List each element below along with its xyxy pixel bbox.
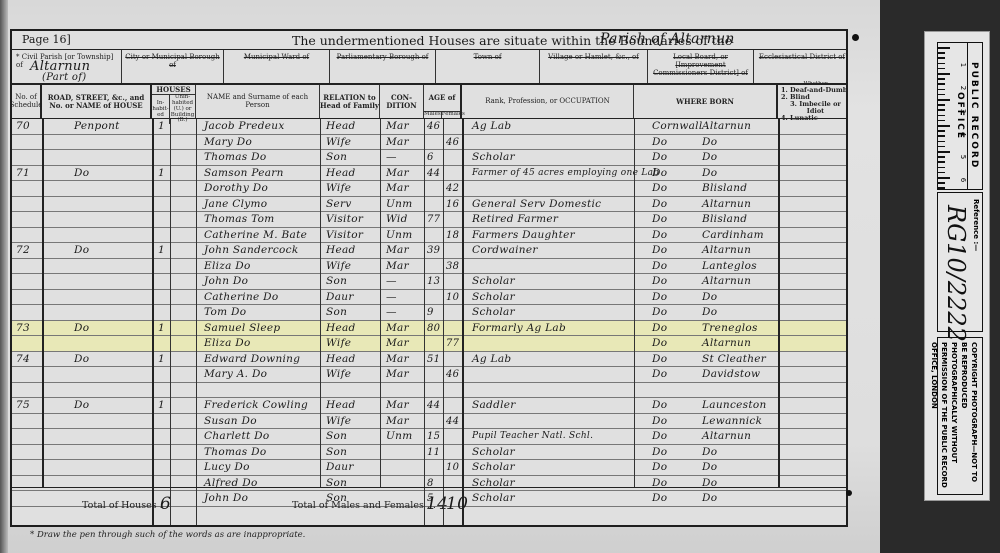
female-age: 38 xyxy=(446,259,459,274)
col-name-header: NAME and Surname of each Person xyxy=(196,85,320,118)
census-row: Jane ClymoServUnm16General Serv Domestic… xyxy=(12,197,846,213)
birth-county: Do xyxy=(652,460,667,475)
inhabited-count: 1 xyxy=(158,166,165,181)
person-name: Eliza Do xyxy=(204,259,251,274)
totals-row: Total of Houses . . 6 Total of Males and… xyxy=(12,487,846,525)
ruler-tick xyxy=(938,109,945,111)
birth-place: Lanteglos xyxy=(702,259,757,274)
ruler-mark: 6 xyxy=(959,178,967,182)
total-houses-label: Total of Houses . . xyxy=(82,500,169,511)
grid-line xyxy=(152,488,154,525)
marital-condition: Mar xyxy=(386,367,409,382)
grid-line xyxy=(462,488,464,525)
census-row: 72Do1John SandercockHeadMar39CordwainerD… xyxy=(12,243,846,259)
male-age: 39 xyxy=(427,243,440,258)
relation-to-head: Wife xyxy=(326,259,351,274)
person-name: Samson Pearn xyxy=(204,166,284,181)
male-age: 46 xyxy=(427,119,440,134)
birth-county: Do xyxy=(652,305,667,320)
occupation: Ag Lab xyxy=(472,119,511,134)
relation-to-head: Wife xyxy=(326,414,351,429)
total-females-value: 10 xyxy=(446,494,468,514)
birth-county: Do xyxy=(652,166,667,181)
female-age: 46 xyxy=(446,135,459,150)
census-row: Eliza DoWifeMar77DoAltarnun xyxy=(12,336,846,352)
ruler-tick xyxy=(938,52,945,54)
census-row: 71Do1Samson PearnHeadMar44Farmer of 45 a… xyxy=(12,166,846,182)
census-row: Catherine DoDaur—10ScholarDoDo xyxy=(12,290,846,306)
col-condition-header: CON-DITION xyxy=(380,85,424,118)
person-name: Mary Do xyxy=(204,135,252,150)
occupation: Scholar xyxy=(472,290,515,305)
census-row: Susan DoWifeMar44DoLewannick xyxy=(12,414,846,430)
person-name: Charlett Do xyxy=(204,429,269,444)
grid-line xyxy=(170,119,171,487)
male-age: 11 xyxy=(427,445,440,460)
census-row: Mary DoWifeMar46DoDo xyxy=(12,135,846,151)
birth-county: Do xyxy=(652,150,667,165)
marital-condition: Mar xyxy=(386,352,409,367)
person-name: Catherine M. Bate xyxy=(204,228,307,243)
ruler-tick xyxy=(938,115,945,117)
form-title-row: Page 16] The undermentioned Houses are s… xyxy=(12,31,846,50)
grid-line xyxy=(443,488,444,525)
grid-line xyxy=(152,119,154,487)
birth-place: Blisland xyxy=(702,212,747,227)
grid-line xyxy=(42,119,44,487)
total-persons-label: Total of Males and Females . . xyxy=(292,500,436,511)
birth-county: Do xyxy=(652,336,667,351)
male-age: 44 xyxy=(427,166,440,181)
grid-line xyxy=(778,119,780,487)
relation-to-head: Son xyxy=(326,445,347,460)
birth-place: Davidstow xyxy=(702,367,760,382)
female-age: 16 xyxy=(446,197,459,212)
col-road-header: ROAD, STREET, &c., and No. or NAME of HO… xyxy=(42,85,152,118)
ruler-tick xyxy=(938,125,950,127)
marital-condition: Unm xyxy=(386,429,412,444)
grid-line xyxy=(424,488,425,525)
binding-hole xyxy=(846,490,852,496)
occupation: Farmer of 45 acres employing one Lab xyxy=(472,166,659,181)
census-row: Catherine M. BateVisitorUnm18Farmers Dau… xyxy=(12,228,846,244)
relation-to-head: Head xyxy=(326,243,356,258)
jurisdiction-row: * Civil Parish [or Township] of Altarnun… xyxy=(12,50,846,85)
col-age-label: AGE of xyxy=(429,85,456,111)
schedule-number: 71 xyxy=(16,166,30,181)
male-age: 15 xyxy=(427,429,440,444)
relation-to-head: Daur xyxy=(326,460,354,475)
ruler-tick xyxy=(938,151,950,153)
ruler-tick xyxy=(938,99,950,101)
infirmity-imbecile: 3. Imbecile or Idiot xyxy=(781,101,850,115)
census-row: Mary A. DoWifeMar46DoDavidstow xyxy=(12,367,846,383)
reference-box: Reference :— RG10/2222 xyxy=(937,192,983,332)
grid-line xyxy=(196,119,197,487)
birth-place: Do xyxy=(702,460,717,475)
road-or-house-name: Do xyxy=(74,321,89,336)
col-relation-header: RELATION to Head of Family xyxy=(320,85,380,118)
footnote: * Draw the pen through such of the words… xyxy=(30,530,305,540)
ruler-tick xyxy=(938,120,945,122)
ruler-tick xyxy=(938,141,945,143)
marital-condition: Wid xyxy=(386,212,408,227)
female-age: 46 xyxy=(446,367,459,382)
col-occupation-header: Rank, Profession, or OCCUPATION xyxy=(462,85,634,118)
occupation: Farmers Daughter xyxy=(472,228,575,243)
birth-county: Do xyxy=(652,212,667,227)
marital-condition: — xyxy=(386,290,397,305)
relation-to-head: Head xyxy=(326,321,356,336)
person-name: Mary A. Do xyxy=(204,367,267,382)
relation-to-head: Daur xyxy=(326,290,354,305)
occupation: General Serv Domestic xyxy=(472,197,601,212)
relation-to-head: Visitor xyxy=(326,212,363,227)
ecclesiastical-district-cell: Ecclesiastical District of xyxy=(754,50,850,83)
marital-condition: Mar xyxy=(386,181,409,196)
birth-place: Lewannick xyxy=(702,414,762,429)
birth-county: Do xyxy=(652,429,667,444)
census-page: Page 16] The undermentioned Houses are s… xyxy=(0,0,880,553)
grid-line xyxy=(196,488,197,525)
ruler-tick xyxy=(938,63,945,65)
census-row: 75Do1Frederick CowlingHeadMar44SaddlerDo… xyxy=(12,398,846,414)
copyright-notice: COPYRIGHT PHOTOGRAPH—NOT TO BE REPRODUCE… xyxy=(937,337,983,495)
census-row: Lucy DoDaur10ScholarDoDo xyxy=(12,460,846,476)
column-header-row: No. of Schedule ROAD, STREET, &c., and N… xyxy=(12,85,846,119)
occupation: Ag Lab xyxy=(472,352,511,367)
marital-condition: Mar xyxy=(386,336,409,351)
birth-place: Altarnun xyxy=(702,243,751,258)
birth-county: Do xyxy=(652,243,667,258)
inhabited-count: 1 xyxy=(158,398,165,413)
relation-to-head: Son xyxy=(326,305,347,320)
road-or-house-name: Do xyxy=(74,398,89,413)
birth-county: Do xyxy=(652,352,667,367)
reference-label: Reference :— xyxy=(972,199,980,251)
marital-condition: Mar xyxy=(386,259,409,274)
road-or-house-name: Do xyxy=(74,243,89,258)
ruler-tick xyxy=(938,146,945,148)
marital-condition: Mar xyxy=(386,414,409,429)
census-row: John DoSon—13ScholarDoAltarnun xyxy=(12,274,846,290)
marital-condition: — xyxy=(386,305,397,320)
grid-line xyxy=(380,119,381,487)
marital-condition: Mar xyxy=(386,243,409,258)
person-name: Eliza Do xyxy=(204,336,251,351)
birth-county: Do xyxy=(652,228,667,243)
col-infirmity-header: Whether 1. Deaf-and-Dumb 2. Blind 3. Imb… xyxy=(778,85,850,118)
census-form: Page 16] The undermentioned Houses are s… xyxy=(10,29,848,527)
male-age: 80 xyxy=(427,321,440,336)
birth-place: Do xyxy=(702,166,717,181)
birth-place: St Cleather xyxy=(702,352,766,367)
ruler-tick xyxy=(938,83,945,85)
schedule-number: 70 xyxy=(16,119,30,134)
col-where-born-header: WHERE BORN xyxy=(634,85,778,118)
ruler-tick xyxy=(938,68,945,70)
col-males-label: Males xyxy=(424,112,442,118)
ruler-tick xyxy=(938,182,945,184)
person-name: Dorothy Do xyxy=(204,181,268,196)
person-name: Edward Downing xyxy=(204,352,300,367)
grid-line xyxy=(443,119,444,487)
birth-place: Altarnun xyxy=(702,336,751,351)
occupation: Scholar xyxy=(472,305,515,320)
person-name: John Do xyxy=(204,274,248,289)
ruler-tick xyxy=(938,161,945,163)
occupation: Retired Farmer xyxy=(472,212,558,227)
birth-county: Do xyxy=(652,197,667,212)
birth-county: Do xyxy=(652,398,667,413)
col-road-label: ROAD, STREET, &c., and No. or NAME of HO… xyxy=(42,94,150,109)
census-row: 73Do1Samuel SleepHeadMar80Formarly Ag La… xyxy=(12,321,846,337)
census-row: Charlett DoSonUnm15Pupil Teacher Natl. S… xyxy=(12,429,846,445)
person-name: Lucy Do xyxy=(204,460,250,475)
marital-condition: — xyxy=(386,274,397,289)
female-age: 44 xyxy=(446,414,459,429)
relation-to-head: Wife xyxy=(326,336,351,351)
ruler-mark: 1 xyxy=(959,63,967,67)
reference-value: RG10/2222 xyxy=(942,205,970,342)
ruler-tick xyxy=(938,156,945,158)
col-age-header: AGE of Males Females xyxy=(424,85,462,118)
marital-condition: Mar xyxy=(386,166,409,181)
grid-line xyxy=(320,119,321,487)
inhabited-count: 1 xyxy=(158,352,165,367)
male-age: 9 xyxy=(427,305,434,320)
parliamentary-borough-cell: Parliamentary Borough of xyxy=(330,50,436,83)
person-name: Susan Do xyxy=(204,414,257,429)
municipal-ward-cell: Municipal Ward of xyxy=(224,50,330,83)
census-row xyxy=(12,383,846,399)
road-or-house-name: Penpont xyxy=(74,119,120,134)
relation-to-head: Head xyxy=(326,398,356,413)
grid-line xyxy=(170,488,171,525)
female-age: 42 xyxy=(446,181,459,196)
ruler-tick xyxy=(938,57,945,59)
page-number: Page 16] xyxy=(22,33,71,46)
municipal-borough-cell: City or Municipal Borough of xyxy=(122,50,224,83)
birth-place: Altarnun xyxy=(702,197,751,212)
ruler-mark: 2 xyxy=(959,86,967,90)
inhabited-count: 1 xyxy=(158,119,165,134)
marital-condition: Mar xyxy=(386,135,409,150)
relation-to-head: Visitor xyxy=(326,228,363,243)
ruler-tick xyxy=(938,89,945,91)
census-row: 74Do1Edward DowningHeadMar51Ag LabDoSt C… xyxy=(12,352,846,368)
birth-county: Do xyxy=(652,414,667,429)
ruler-tick xyxy=(938,47,950,49)
ruler-tick xyxy=(938,94,945,96)
col-relation-label: RELATION to Head of Family xyxy=(320,94,379,109)
birth-county: Do xyxy=(652,259,667,274)
birth-place: Altarnun xyxy=(702,429,751,444)
marital-condition: Mar xyxy=(386,119,409,134)
ruler-tick xyxy=(938,78,945,80)
birth-place: Do xyxy=(702,290,717,305)
relation-to-head: Son xyxy=(326,429,347,444)
road-or-house-name: Do xyxy=(74,166,89,181)
occupation: Scholar xyxy=(472,460,515,475)
relation-to-head: Wife xyxy=(326,135,351,150)
birth-place: Altarnun xyxy=(702,274,751,289)
male-age: 77 xyxy=(427,212,440,227)
ruler-ticks xyxy=(938,43,952,189)
marital-condition: Mar xyxy=(386,321,409,336)
birth-place: Treneglos xyxy=(702,321,758,336)
town-cell: Town of xyxy=(436,50,540,83)
person-name: Thomas Do xyxy=(204,445,266,460)
birth-place: Do xyxy=(702,445,717,460)
col-schedule-header: No. of Schedule xyxy=(12,85,42,118)
person-name: Jacob Predeux xyxy=(204,119,285,134)
schedule-number: 73 xyxy=(16,321,30,336)
birth-place: Do xyxy=(702,135,717,150)
marital-condition: Unm xyxy=(386,197,412,212)
marital-condition: — xyxy=(386,150,397,165)
birth-county: Do xyxy=(652,367,667,382)
birth-place: Cardinham xyxy=(702,228,764,243)
grid-line xyxy=(424,119,425,487)
birth-place: Do xyxy=(702,305,717,320)
birth-place: Blisland xyxy=(702,181,747,196)
civil-parish-note: (Part of) xyxy=(42,72,86,83)
person-name: Catherine Do xyxy=(204,290,279,305)
relation-to-head: Wife xyxy=(326,367,351,382)
relation-to-head: Head xyxy=(326,119,356,134)
schedule-number: 74 xyxy=(16,352,30,367)
ruler-mark: 5 xyxy=(959,155,967,159)
local-board-cell: Local Board, or [Improvement Commissione… xyxy=(648,50,754,83)
binding-hole xyxy=(852,34,859,41)
marital-condition: Unm xyxy=(386,228,412,243)
female-age: 77 xyxy=(446,336,459,351)
birth-county: Do xyxy=(652,290,667,305)
relation-to-head: Head xyxy=(326,352,356,367)
birth-county: Cornwall xyxy=(652,119,703,134)
birth-county: Do xyxy=(652,321,667,336)
grid-line xyxy=(462,119,464,487)
person-name: Jane Clymo xyxy=(204,197,267,212)
occupation: Pupil Teacher Natl. Schl. xyxy=(472,429,593,444)
public-record-office-label: PUBLIC RECORD OFFICE xyxy=(967,43,981,189)
schedule-number: 75 xyxy=(16,398,30,413)
marital-condition: Mar xyxy=(386,398,409,413)
measurement-ruler: 123456 PUBLIC RECORD OFFICE xyxy=(937,42,983,190)
relation-to-head: Son xyxy=(326,150,347,165)
person-name: John Sandercock xyxy=(204,243,299,258)
person-name: Thomas Tom xyxy=(204,212,275,227)
birth-county: Do xyxy=(652,445,667,460)
total-males-value: 14 xyxy=(426,494,448,514)
person-name: Frederick Cowling xyxy=(204,398,308,413)
ruler-tick xyxy=(938,104,945,106)
person-name: Samuel Sleep xyxy=(204,321,280,336)
birth-place: Altarnun xyxy=(702,119,751,134)
census-row: Tom DoSon—9ScholarDoDo xyxy=(12,305,846,321)
census-row: 70Penpont1Jacob PredeuxHeadMar46Ag LabCo… xyxy=(12,119,846,135)
female-age: 18 xyxy=(446,228,459,243)
occupation: Formarly Ag Lab xyxy=(472,321,566,336)
birth-place: Do xyxy=(702,150,717,165)
occupation: Scholar xyxy=(472,445,515,460)
occupation: Saddler xyxy=(472,398,516,413)
female-age: 10 xyxy=(446,460,459,475)
road-or-house-name: Do xyxy=(74,352,89,367)
person-name: Thomas Do xyxy=(204,150,266,165)
ruler-tick xyxy=(938,130,945,132)
census-row: Thomas TomVisitorWid77Retired FarmerDoBl… xyxy=(12,212,846,228)
male-age: 6 xyxy=(427,150,434,165)
relation-to-head: Head xyxy=(326,166,356,181)
ruler-tick xyxy=(938,177,950,179)
occupation: Scholar xyxy=(472,150,515,165)
female-age: 10 xyxy=(446,290,459,305)
inhabited-count: 1 xyxy=(158,243,165,258)
ruler-tick xyxy=(938,172,945,174)
occupation: Cordwainer xyxy=(472,243,538,258)
birth-county: Do xyxy=(652,135,667,150)
person-name: Tom Do xyxy=(204,305,246,320)
census-row: Thomas DoSon11ScholarDoDo xyxy=(12,445,846,461)
relation-to-head: Wife xyxy=(326,181,351,196)
male-age: 44 xyxy=(427,398,440,413)
schedule-number: 72 xyxy=(16,243,30,258)
col-where-born-label: WHERE BORN xyxy=(676,98,734,105)
census-row: Thomas DoSon—6ScholarDoDo xyxy=(12,150,846,166)
parish-name-handwritten: Parish of Altarnun xyxy=(600,31,735,47)
ruler-tick xyxy=(938,187,945,189)
col-houses-header: HOUSES In-habit-ed Unin-habited (U.) or … xyxy=(152,85,196,118)
birth-place: Launceston xyxy=(702,398,767,413)
grid-line xyxy=(634,119,635,487)
relation-to-head: Serv xyxy=(326,197,352,212)
ruler-tick xyxy=(938,135,945,137)
village-hamlet-cell: Village or Hamlet, &c., of xyxy=(540,50,648,83)
birth-county: Do xyxy=(652,181,667,196)
civil-parish-cell: * Civil Parish [or Township] of Altarnun… xyxy=(12,50,122,83)
male-age: 13 xyxy=(427,274,440,289)
male-age: 51 xyxy=(427,352,440,367)
census-row: Dorothy DoWifeMar42DoBlisland xyxy=(12,181,846,197)
relation-to-head: Son xyxy=(326,274,347,289)
birth-county: Do xyxy=(652,274,667,289)
col-condition-label: CON-DITION xyxy=(380,94,423,109)
archive-reference-strip: 123456 PUBLIC RECORD OFFICE Reference :—… xyxy=(924,31,990,501)
inhabited-count: 1 xyxy=(158,321,165,336)
ruler-tick xyxy=(938,167,945,169)
ruler-tick xyxy=(938,73,950,75)
census-row: Eliza DoWifeMar38DoLanteglos xyxy=(12,259,846,275)
census-entries: 70Penpont1Jacob PredeuxHeadMar46Ag LabCo… xyxy=(12,119,846,491)
occupation: Scholar xyxy=(472,274,515,289)
